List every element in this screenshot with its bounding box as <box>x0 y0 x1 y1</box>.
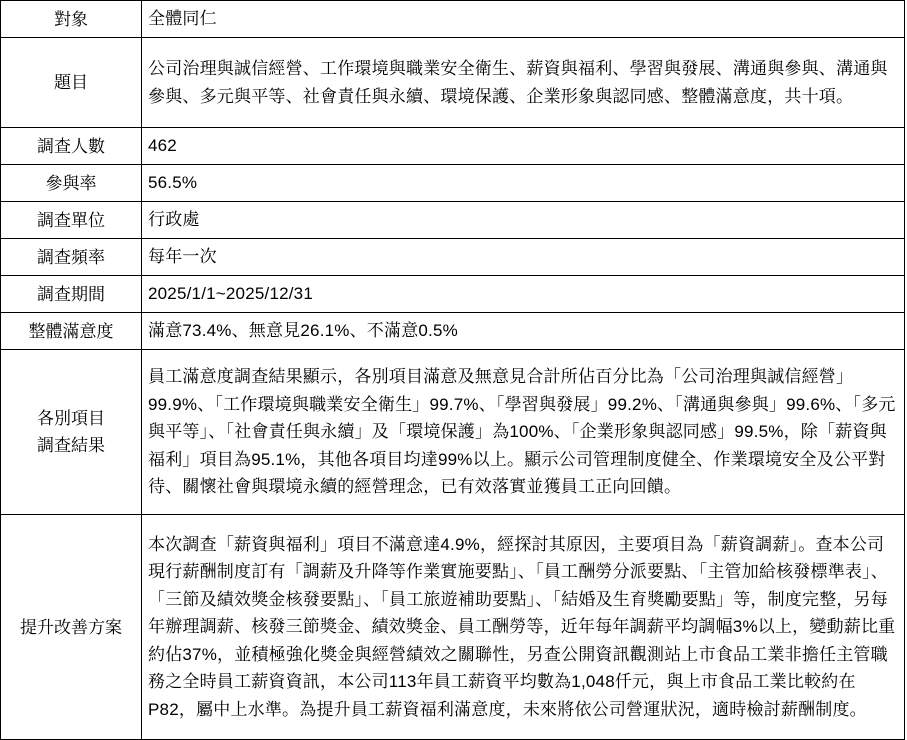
table-row-item-results: 各別項目 調查結果 員工滿意度調查結果顯示，各別項目滿意及無意見合計所佔百分比為… <box>1 350 905 515</box>
row-label: 調查單位 <box>1 202 142 239</box>
row-label: 提升改善方案 <box>1 515 142 740</box>
survey-table-body: 對象 全體同仁 題目 公司治理與誠信經營、工作環境與職業安全衛生、薪資與福利、學… <box>1 1 905 740</box>
row-label: 調查期間 <box>1 276 142 313</box>
row-value: 56.5% <box>142 165 905 202</box>
row-label: 各別項目 調查結果 <box>1 350 142 515</box>
table-row-overall-satisfaction: 整體滿意度 滿意73.4%、無意見26.1%、不滿意0.5% <box>1 313 905 350</box>
table-row-topics: 題目 公司治理與誠信經營、工作環境與職業安全衛生、薪資與福利、學習與發展、溝通與… <box>1 38 905 128</box>
row-value: 全體同仁 <box>142 1 905 38</box>
row-value: 本次調查「薪資與福利」項目不滿意達4.9%，經探討其原因，主要項目為「薪資調薪」… <box>142 515 905 740</box>
table-row-survey-frequency: 調查頻率 每年一次 <box>1 239 905 276</box>
table-row-target: 對象 全體同仁 <box>1 1 905 38</box>
table-row-participation-rate: 參與率 56.5% <box>1 165 905 202</box>
row-value: 462 <box>142 128 905 165</box>
row-value: 2025/1/1~2025/12/31 <box>142 276 905 313</box>
row-label: 調查人數 <box>1 128 142 165</box>
table-row-survey-period: 調查期間 2025/1/1~2025/12/31 <box>1 276 905 313</box>
employee-survey-table: 對象 全體同仁 題目 公司治理與誠信經營、工作環境與職業安全衛生、薪資與福利、學… <box>0 0 905 740</box>
row-value: 滿意73.4%、無意見26.1%、不滿意0.5% <box>142 313 905 350</box>
table-row-survey-unit: 調查單位 行政處 <box>1 202 905 239</box>
row-value: 行政處 <box>142 202 905 239</box>
table-row-improvement-plan: 提升改善方案 本次調查「薪資與福利」項目不滿意達4.9%，經探討其原因，主要項目… <box>1 515 905 740</box>
row-value: 每年一次 <box>142 239 905 276</box>
table-row-respondent-count: 調查人數 462 <box>1 128 905 165</box>
row-value: 員工滿意度調查結果顯示，各別項目滿意及無意見合計所佔百分比為「公司治理與誠信經營… <box>142 350 905 515</box>
row-label: 調查頻率 <box>1 239 142 276</box>
row-value: 公司治理與誠信經營、工作環境與職業安全衛生、薪資與福利、學習與發展、溝通與參與、… <box>142 38 905 128</box>
row-label: 整體滿意度 <box>1 313 142 350</box>
row-label: 題目 <box>1 38 142 128</box>
row-label: 參與率 <box>1 165 142 202</box>
row-label: 對象 <box>1 1 142 38</box>
